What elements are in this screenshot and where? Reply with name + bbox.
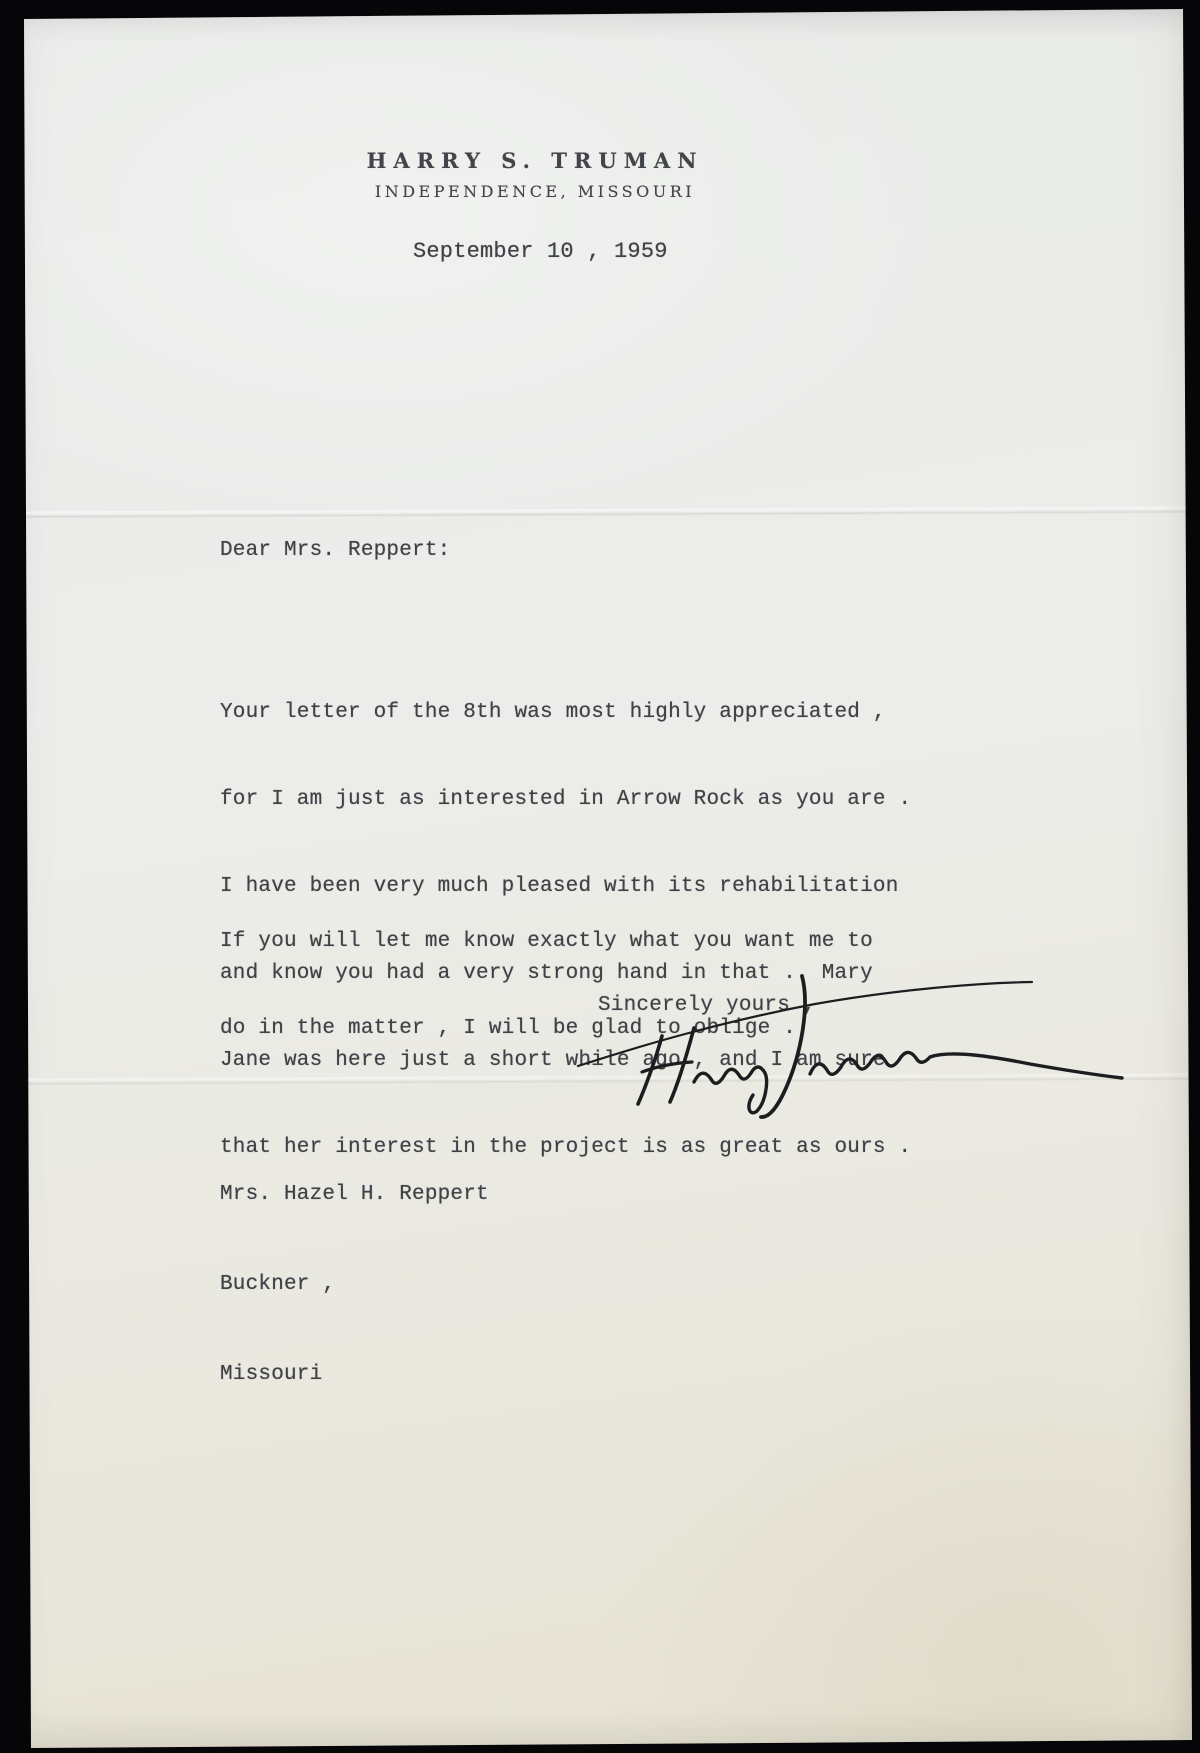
recipient-name: Mrs. Hazel H. Reppert [220, 1180, 489, 1210]
letterhead-city: INDEPENDENCE, MISSOURI [285, 182, 785, 201]
letter-paper: HARRY S. TRUMAN INDEPENDENCE, MISSOURI S… [0, 0, 1200, 1753]
body-paragraph-2: If you will let me know exactly what you… [220, 869, 873, 1101]
letterhead-name: HARRY S. TRUMAN [285, 148, 785, 173]
recipient-town: Buckner , [220, 1270, 489, 1300]
letterhead: HARRY S. TRUMAN INDEPENDENCE, MISSOURI [285, 148, 785, 201]
body-line: If you will let me know exactly what you… [220, 927, 873, 956]
paper-fold-crease-top [26, 506, 1188, 518]
salutation: Dear Mrs. Reppert: [220, 536, 450, 565]
recipient-state: Missouri [220, 1360, 489, 1390]
recipient-address: Mrs. Hazel H. Reppert Buckner , Missouri [220, 1120, 489, 1450]
body-line: Your letter of the 8th was most highly a… [220, 698, 911, 727]
letter-date: September 10 , 1959 [413, 237, 668, 266]
scanned-letter-photo: HARRY S. TRUMAN INDEPENDENCE, MISSOURI S… [0, 0, 1200, 1753]
body-line: for I am just as interested in Arrow Roc… [220, 785, 911, 814]
closing-phrase: Sincerely yours , [598, 991, 816, 1020]
